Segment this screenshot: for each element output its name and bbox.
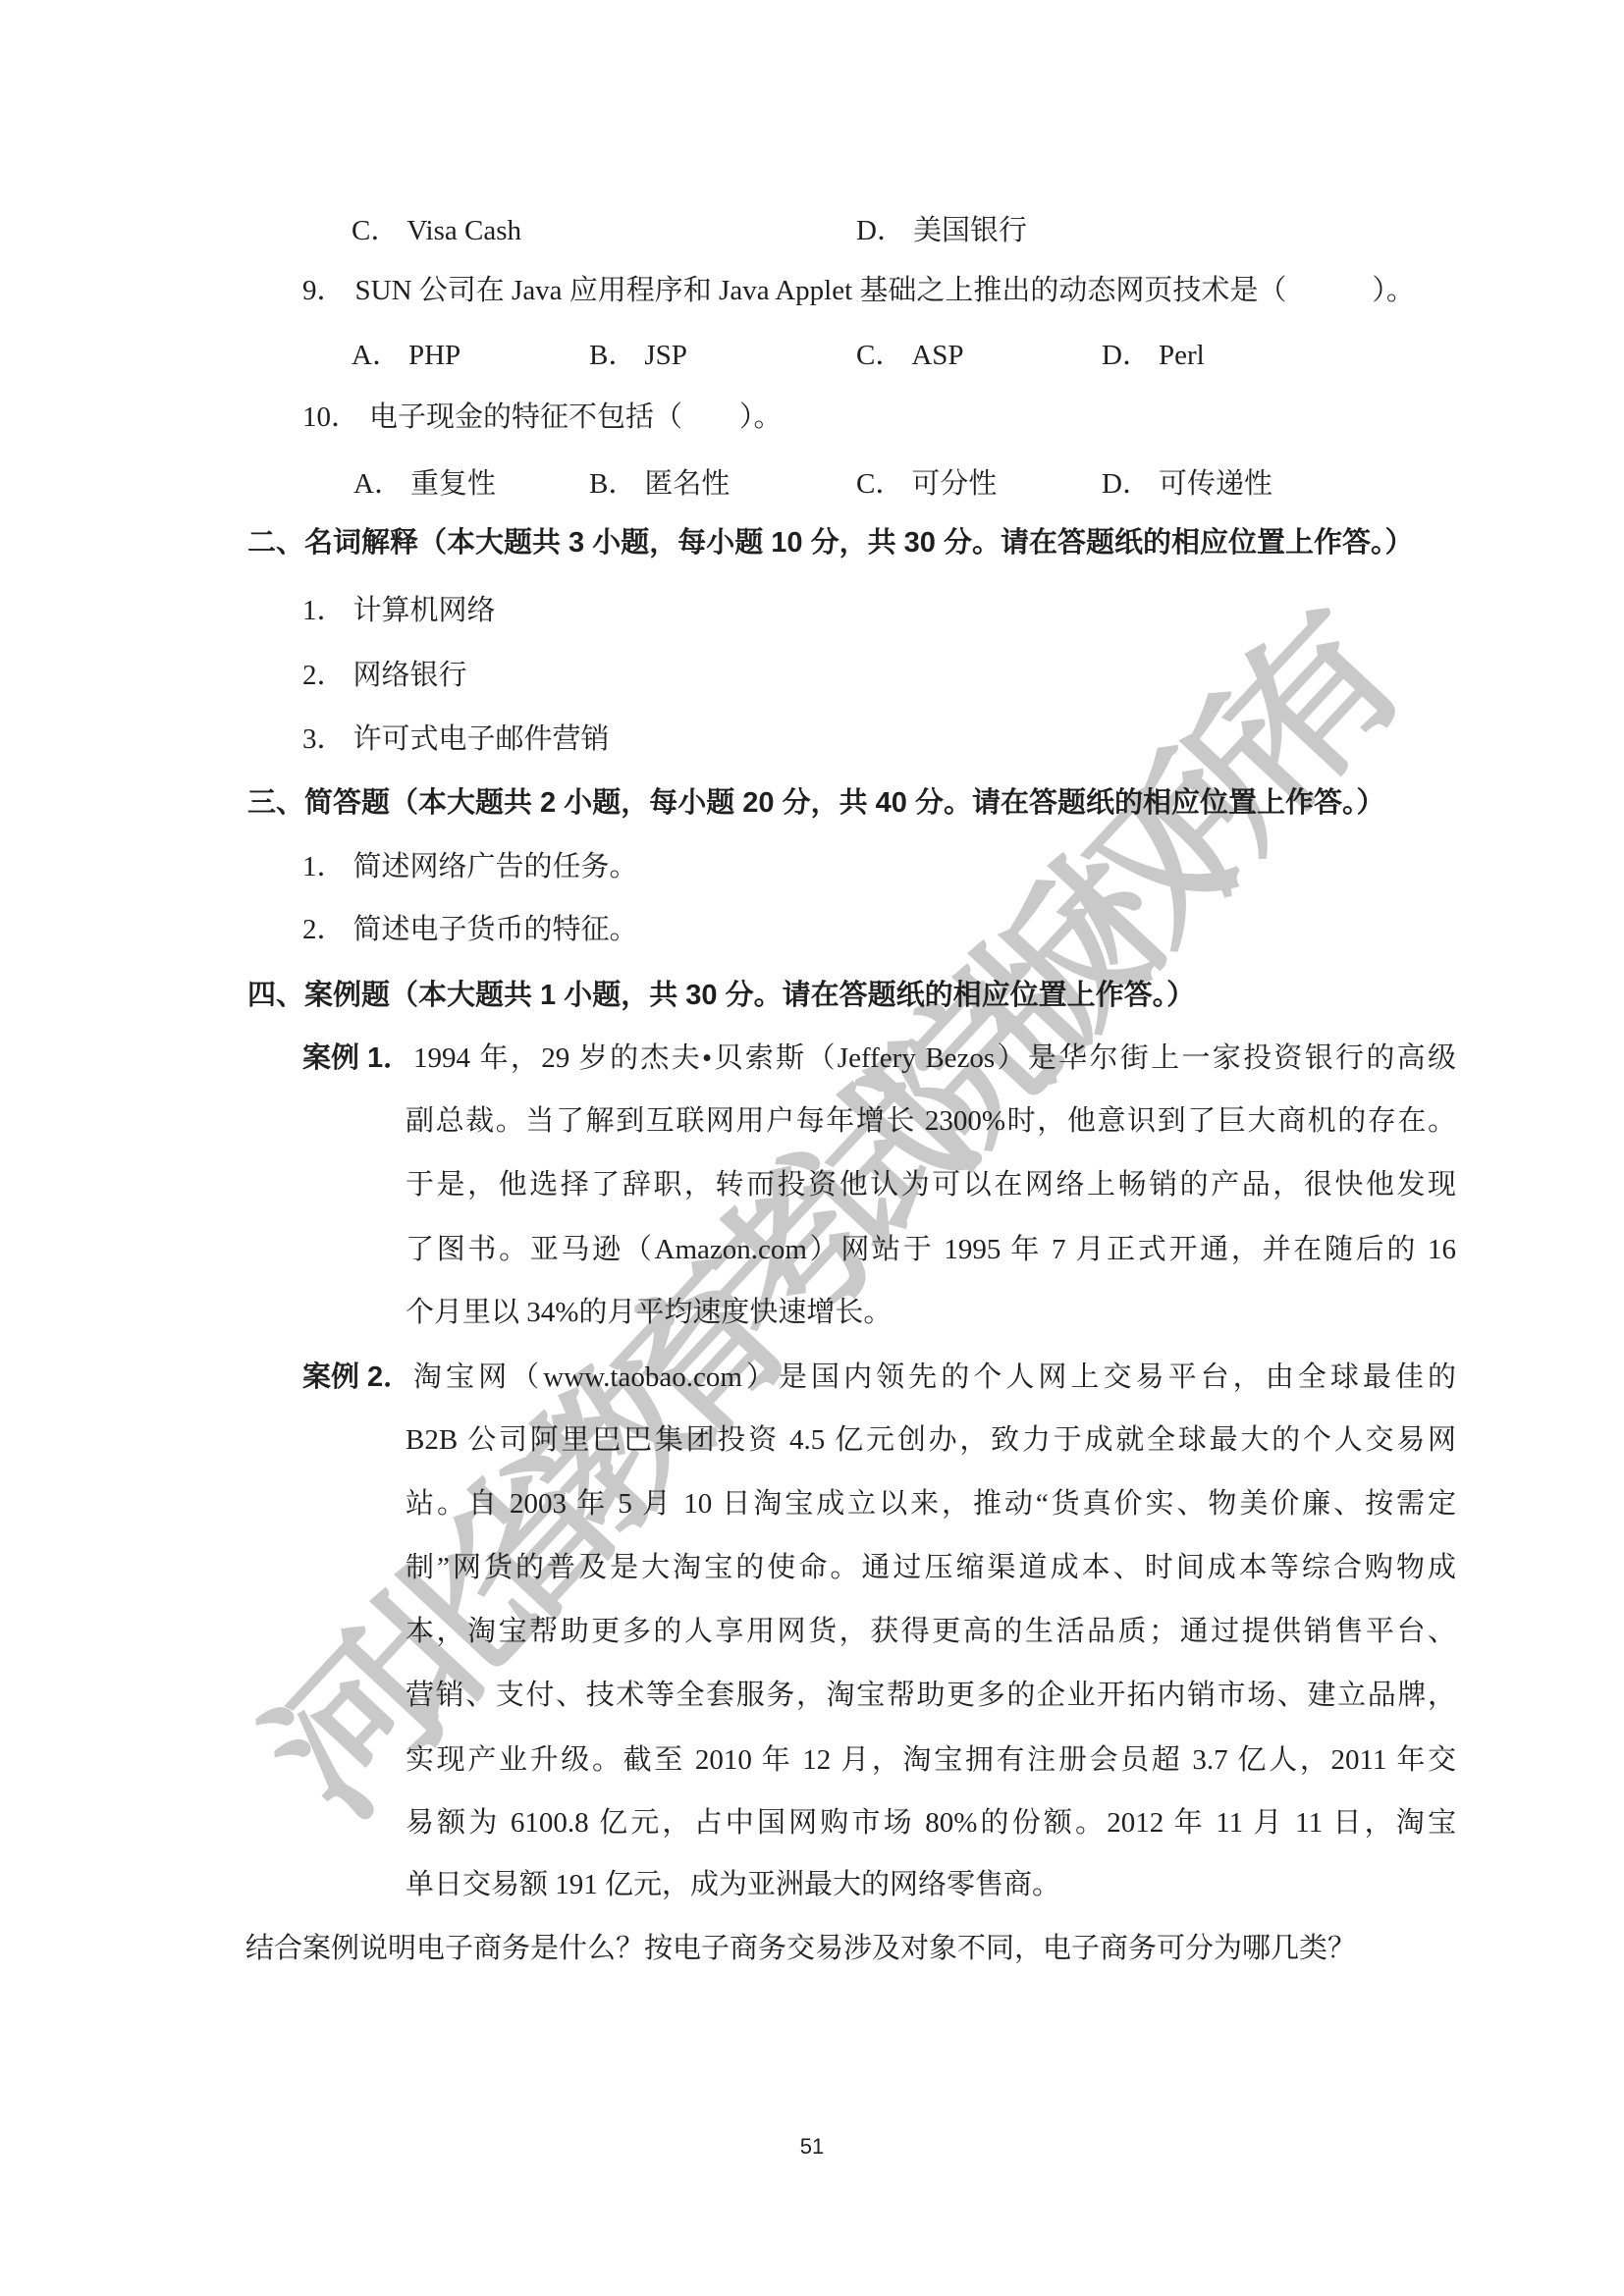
option-label: D． — [1102, 468, 1151, 500]
item-number: 2． — [302, 660, 346, 691]
item-number: 1． — [302, 851, 346, 882]
option-text: 可传递性 — [1159, 468, 1272, 500]
case-2-line: 站。自 2003 年 5 月 10 日淘宝成立以来，推动“货真价实、物美价廉、按… — [406, 1487, 1456, 1521]
question-stem: 电子现金的特征不包括（ ）。 — [369, 401, 783, 433]
question-number: 9． — [302, 275, 346, 306]
option-label: A． — [352, 340, 401, 371]
section-3-item-2: 2．简述电子货币的特征。 — [302, 913, 638, 946]
section-3-title: 三、简答题（本大题共 2 小题，每小题 20 分，共 40 分。请在答题纸的相应… — [247, 786, 1385, 820]
option-label: B． — [589, 340, 636, 371]
item-text: 许可式电子邮件营销 — [353, 723, 610, 755]
case-1-line: 副总裁。当了解到互联网用户每年增长 2300%时，他意识到了巨大商机的存在。 — [406, 1104, 1456, 1138]
case-2-line: 本，淘宝帮助更多的人享用网货，获得更高的生活品质；通过提供销售平台、 — [406, 1615, 1456, 1648]
option-text: 匿名性 — [644, 468, 730, 500]
question-number: 10． — [302, 401, 359, 433]
question-9-option-a: A．PHP — [352, 339, 460, 372]
section-2-item-1: 1．计算机网络 — [302, 594, 496, 627]
option-label: C． — [856, 340, 903, 371]
question-10-option-a: A．重复性 — [353, 467, 496, 501]
option-label: D． — [1102, 340, 1151, 371]
question-9-option-d: D．Perl — [1102, 339, 1205, 372]
copyright-watermark: 河北省教育考试院版权所有 — [207, 578, 1422, 1857]
option-label: D． — [856, 215, 905, 246]
case-2-line: 实现产业升级。截至 2010 年 12 月，淘宝拥有注册会员超 3.7 亿人，2… — [406, 1743, 1456, 1777]
case-2-line: 淘宝网（www.taobao.com）是国内领先的个人网上交易平台，由全球最佳的 — [413, 1361, 1456, 1394]
question-stem: SUN 公司在 Java 应用程序和 Java Applet 基础之上推出的动态… — [355, 275, 1415, 306]
option-text: Visa Cash — [406, 215, 521, 246]
question-10-option-b: B．匿名性 — [589, 467, 730, 501]
section-2-item-2: 2．网络银行 — [302, 659, 467, 692]
section-2-item-3: 3．许可式电子邮件营销 — [302, 722, 610, 756]
question-10: 10．电子现金的特征不包括（ ）。 — [302, 400, 783, 434]
item-text: 网络银行 — [353, 660, 467, 691]
case-2-label: 案例 2． — [302, 1361, 411, 1394]
case-1-line: 个月里以 34%的月平均速度快速增长。 — [406, 1296, 892, 1329]
item-text: 简述网络广告的任务。 — [353, 851, 638, 882]
option-text: ASP — [911, 340, 963, 371]
section-2-title: 二、名词解释（本大题共 3 小题，每小题 10 分，共 30 分。请在答题纸的相… — [247, 526, 1414, 560]
item-number: 3． — [302, 723, 346, 755]
option-text: 美国银行 — [913, 215, 1027, 246]
prev-question-option-c: C．Visa Cash — [352, 214, 521, 247]
option-label: A． — [353, 468, 403, 500]
option-label: B． — [589, 468, 636, 500]
question-10-option-d: D．可传递性 — [1102, 467, 1272, 501]
closing-question: 结合案例说明电子商务是什么？按电子商务交易涉及对象不同，电子商务可分为哪几类？ — [245, 1932, 1356, 1965]
question-9: 9．SUN 公司在 Java 应用程序和 Java Applet 基础之上推出的… — [302, 274, 1415, 307]
option-text: PHP — [408, 340, 460, 371]
option-text: JSP — [644, 340, 687, 371]
section-4-title: 四、案例题（本大题共 1 小题，共 30 分。请在答题纸的相应位置上作答。） — [247, 979, 1195, 1012]
case-2-line: 单日交易额 191 亿元，成为亚洲最大的网络零售商。 — [406, 1868, 1060, 1901]
case-1-line: 了图书。亚马逊（Amazon.com）网站于 1995 年 7 月正式开通，并在… — [406, 1233, 1456, 1266]
case-2-line: 易额为 6100.8 亿元，占中国网购市场 80%的份额。2012 年 11 月… — [406, 1806, 1456, 1840]
item-text: 计算机网络 — [353, 595, 496, 626]
item-text: 简述电子货币的特征。 — [353, 914, 638, 945]
case-1-line: 于是，他选择了辞职，转而投资他认为可以在网络上畅销的产品，很快他发现 — [406, 1168, 1456, 1201]
question-9-option-c: C．ASP — [856, 339, 964, 372]
item-number: 2． — [302, 914, 346, 945]
case-1-line: 1994 年，29 岁的杰夫•贝索斯（Jeffery Bezos）是华尔街上一家… — [413, 1041, 1456, 1075]
exam-paper-page: 河北省教育考试院版权所有 C．Visa Cash D．美国银行 9．SUN 公司… — [0, 0, 1624, 2296]
question-9-option-b: B．JSP — [589, 339, 687, 372]
question-10-option-c: C．可分性 — [856, 467, 997, 501]
option-text: 重复性 — [410, 468, 496, 500]
option-label: C． — [352, 215, 399, 246]
case-2-line: B2B 公司阿里巴巴集团投资 4.5 亿元创办，致力于成就全球最大的个人交易网 — [406, 1423, 1456, 1457]
page-number: 51 — [0, 2132, 1624, 2162]
option-text: Perl — [1159, 340, 1205, 371]
case-2-line: 制”网货的普及是大淘宝的使命。通过压缩渠道成本、时间成本等综合购物成 — [406, 1551, 1456, 1584]
case-1-label: 案例 1． — [302, 1041, 411, 1075]
item-number: 1． — [302, 595, 346, 626]
case-2-line: 营销、支付、技术等全套服务，淘宝帮助更多的企业开拓内销市场、建立品牌， — [406, 1679, 1456, 1712]
option-text: 可分性 — [911, 468, 997, 500]
prev-question-option-d: D．美国银行 — [856, 214, 1027, 247]
section-3-item-1: 1．简述网络广告的任务。 — [302, 850, 638, 883]
option-label: C． — [856, 468, 903, 500]
